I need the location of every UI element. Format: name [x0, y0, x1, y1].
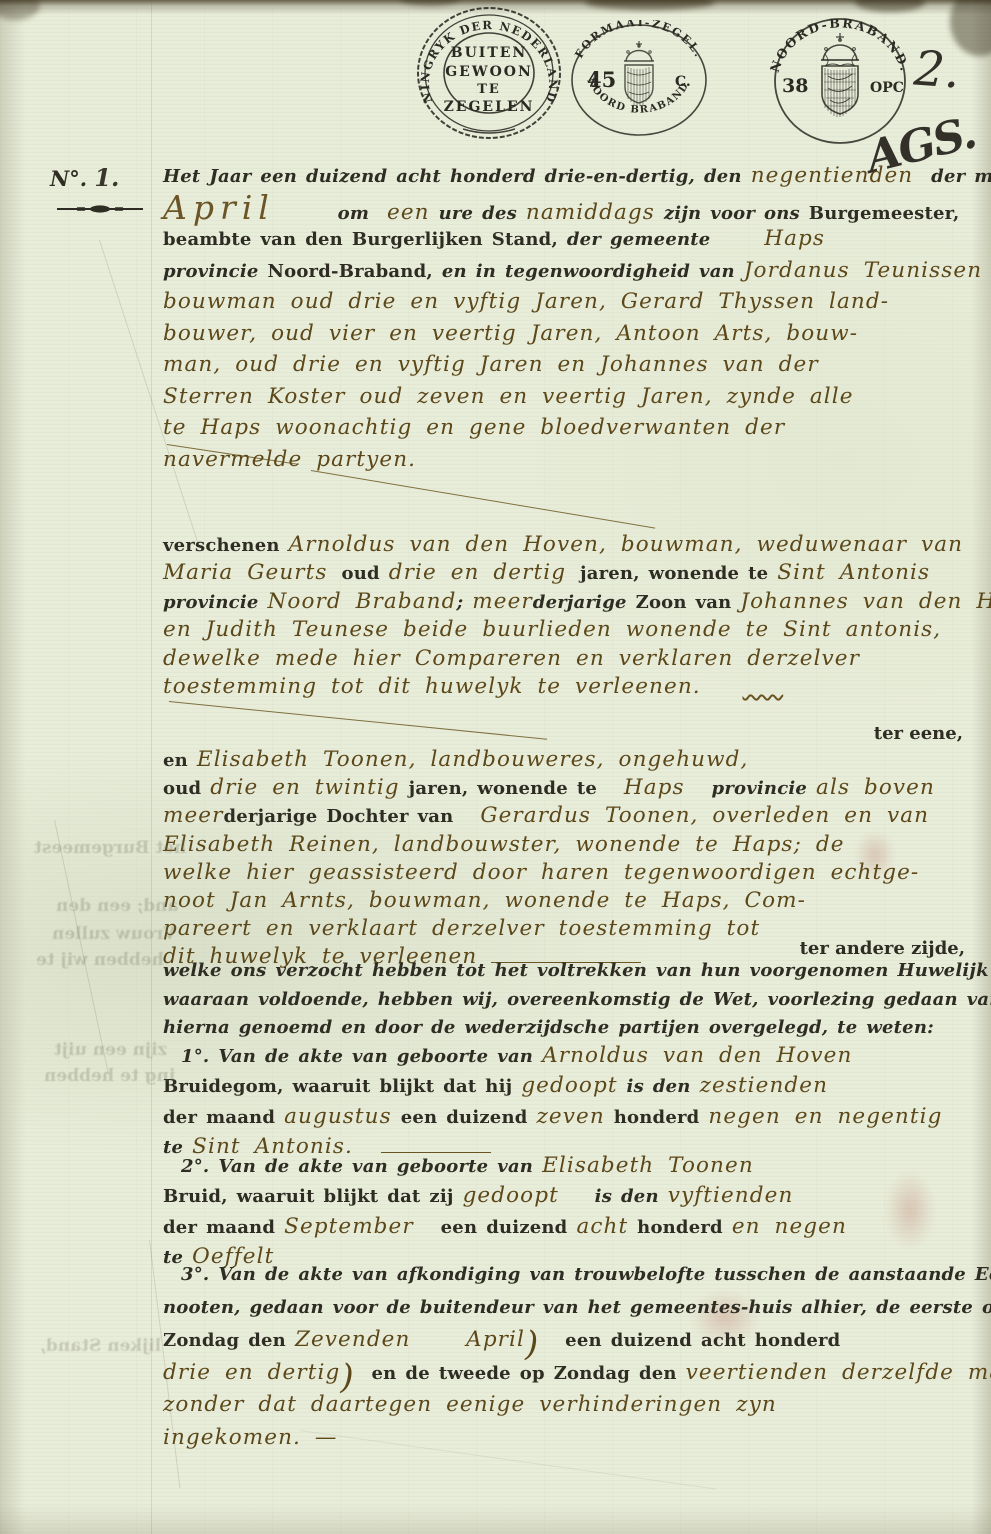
exhibit-1-groom-birth-act: 1°. Van de akte van geboorte van Arnoldu…: [163, 1041, 978, 1162]
bleedthrough-text: and; een den: [56, 896, 178, 916]
handwritten-text: acht: [576, 1214, 628, 1239]
handwritten-text: en negen: [732, 1214, 847, 1239]
handwritten-text: Noord Braband: [267, 589, 456, 614]
stain: [585, 0, 715, 10]
printed-text: zijn voor ons: [655, 203, 809, 224]
stain: [0, 0, 40, 20]
document-line: oud drie en twintig jaren, wonende te Ha…: [163, 774, 978, 802]
document-line: welke hier geassisteerd door haren tegen…: [163, 859, 978, 887]
handwritten-text: te Haps woonachtig en gene bloedverwante…: [163, 415, 785, 440]
printed-text: Het Jaar een duizend acht honderd drie-e…: [163, 166, 751, 187]
printed-text: oud: [341, 563, 388, 584]
handwritten-text: Johannes van den Hoven: [740, 589, 991, 614]
handwritten-text: als boven: [816, 775, 935, 800]
document-line: man, oud drie en vyftig Jaren en Johanne…: [163, 349, 978, 381]
handwritten-text: zeven: [537, 1104, 605, 1129]
document-line: Maria Geurts oud drie en dertig jaren, w…: [163, 559, 978, 587]
document-line: te Haps woonachtig en gene bloedverwante…: [163, 412, 978, 444]
document-line: ingekomen. —: [163, 1422, 978, 1455]
handwritten-text: Jordanus Teunissen: [744, 258, 982, 283]
printed-text: 3°. Van de akte van afkondiging van trou…: [181, 1264, 991, 1285]
printed-text: verschenen: [163, 535, 289, 556]
printed-text: jaren, wonende te: [580, 563, 777, 584]
act-number-prefix: N°.: [50, 166, 87, 191]
handwritten-text: Arnoldus van den Hoven, bouwman, weduwen…: [289, 532, 964, 557]
handwritten-text: meer: [472, 589, 533, 614]
printed-text: der maand: [163, 1217, 284, 1238]
printed-text: provincie: [163, 592, 267, 613]
margin-divider-ornament: [55, 200, 145, 219]
ter-andere-zijde-label: ter andere zijde,: [800, 938, 965, 959]
bleedthrough-text: zijn een uijt: [54, 1040, 167, 1060]
handwritten-text: Elisabeth Toonen: [542, 1153, 754, 1178]
handwritten-text: Sterren Koster oud zeven en veertig Jare…: [163, 384, 854, 409]
stamp-value: 45: [587, 67, 616, 92]
printed-text: is den: [618, 1076, 700, 1097]
document-line: drie en dertig) en de tweede op Zondag d…: [163, 1357, 978, 1390]
printed-text: is den: [559, 1186, 668, 1207]
handwritten-text: en Judith Teunese beide buurlieden wonen…: [163, 617, 941, 642]
handwritten-text: Maria Geurts: [163, 560, 341, 585]
stamp-formaat-zegel-45c: FORMAAT-ZEGEL. NOORD BRABAND. 45 C.: [567, 20, 711, 140]
printed-text: honderd: [628, 1217, 732, 1238]
printed-text: een duizend: [414, 1217, 577, 1238]
exhibit-3-banns: 3°. Van de akte van afkondiging van trou…: [163, 1259, 978, 1454]
handwritten-text: dewelke mede hier Compareren en verklare…: [163, 646, 860, 671]
printed-text: Zoon van: [636, 592, 741, 613]
printed-text: Bruid, waaruit blijkt dat zij: [163, 1186, 463, 1207]
document-line: meerderjarige Dochter van Gerardus Toone…: [163, 802, 978, 830]
printed-text: der gemeente: [567, 229, 764, 250]
stain: [855, 0, 925, 12]
handwritten-text: welke hier geassisteerd door haren tegen…: [163, 860, 919, 885]
handwritten-text: namiddags: [526, 200, 655, 225]
document-line: April om een ure des namiddags zijn voor…: [163, 192, 978, 224]
act-number-value: 1.: [94, 163, 119, 192]
printed-text: om: [275, 203, 387, 224]
stamp-value-unit: C.: [675, 74, 691, 90]
printed-text: honderd: [605, 1107, 709, 1128]
printed-text: welke ons verzocht hebben tot het voltre…: [163, 960, 991, 981]
handwritten-text: een: [387, 200, 430, 225]
handwritten-text: toestemming tot dit huwelyk te verleenen…: [163, 674, 743, 699]
printed-text: jaren, wonende te: [400, 778, 624, 799]
handwritten-text: navermelde partyen.: [163, 447, 416, 472]
document-line: der maand September een duizend acht hon…: [163, 1212, 978, 1242]
coat-of-arms-icon: [821, 33, 859, 117]
handwritten-text: Haps: [624, 775, 685, 800]
printed-text: 2°. Van de akte van geboorte van: [181, 1156, 542, 1177]
printed-text: en: [163, 750, 197, 771]
handwritten-text: meer: [163, 803, 224, 828]
document-line: der maand augustus een duizend zeven hon…: [163, 1102, 978, 1132]
printed-text: provincie: [685, 778, 816, 799]
printed-text: en in tegenwoordigheid van: [442, 261, 744, 282]
printed-text: beambte van den Burgerlijken Stand,: [163, 229, 567, 250]
document-line: zonder dat daartegen eenige verhindering…: [163, 1389, 978, 1422]
document-line: bouwer, oud vier en veertig Jaren, Antoo…: [163, 318, 978, 350]
handwritten-text: zestienden: [700, 1073, 829, 1098]
printed-text: Burgemeester,: [809, 203, 960, 224]
stamp-center-line: BUITEN: [451, 45, 527, 61]
handwritten-text: Zevenden April: [295, 1327, 525, 1352]
handwritten-text: veertienden derzelfde maand: [686, 1360, 991, 1385]
handwritten-text: September: [284, 1214, 414, 1239]
handwritten-text: bouwman oud drie en vyftig Jaren, Gerard…: [163, 289, 889, 314]
handwritten-text: bouwer, oud vier en veertig Jaren, Antoo…: [163, 321, 858, 346]
paper-crease: [54, 820, 109, 1075]
printed-text: hierna genoemd en door de wederzijdsche …: [163, 1017, 934, 1038]
request-paragraph: welke ons verzocht hebben tot het voltre…: [163, 957, 978, 1043]
handwritten-text: gedoopt: [463, 1183, 559, 1208]
document-line: noot Jan Arnts, bouwman, wonende te Haps…: [163, 887, 978, 915]
coat-of-arms-icon: [624, 41, 654, 106]
printed-text: der maand: [163, 1107, 284, 1128]
act-number-label: N°. 1.: [50, 163, 119, 192]
page-corner-number: 2.: [912, 40, 962, 99]
handwritten-text: zonder dat daartegen eenige verhindering…: [163, 1392, 777, 1417]
stamp-value-unit: OPC: [870, 80, 904, 96]
printed-text: provincie: [163, 261, 267, 282]
printed-text: waaraan voldoende, hebben wij, overeenko…: [163, 989, 991, 1010]
handwritten-text: drie en dertig: [163, 1360, 340, 1385]
handwritten-text: noot Jan Arnts, bouwman, wonende te Haps…: [163, 888, 806, 913]
document-line: en Elisabeth Toonen, landbouweres, ongeh…: [163, 746, 978, 774]
bleedthrough-text: lijken Stand,: [40, 1336, 161, 1356]
document-line: 2°. Van de akte van geboorte van Elisabe…: [163, 1151, 978, 1181]
document-line: Elisabeth Reinen, landbouwster, wonende …: [163, 831, 978, 859]
printed-text: derjarige Dochter van: [224, 806, 481, 827]
groom-paragraph: verschenen Arnoldus van den Hoven, bouwm…: [163, 531, 978, 701]
handwritten-text: negentienden: [751, 163, 914, 188]
document-line: Zondag den Zevenden April) een duizend a…: [163, 1324, 978, 1357]
handwritten-text: drie en dertig: [389, 560, 580, 585]
bleedthrough-text: ing te hebben: [44, 1066, 175, 1086]
document-line: bouwman oud drie en vyftig Jaren, Gerard…: [163, 286, 978, 318]
margin-crease-line: [151, 0, 152, 1534]
document-line: provincie Noord-Braband, en in tegenwoor…: [163, 255, 978, 287]
handwritten-text: Arnoldus van den Hoven: [542, 1043, 852, 1068]
handwritten-text: negen en negentig: [708, 1104, 942, 1129]
document-line: beambte van den Burgerlijken Stand, der …: [163, 223, 978, 255]
handwritten-text: man, oud drie en vyftig Jaren en Johanne…: [163, 352, 819, 377]
document-line: navermelde partyen.: [163, 444, 978, 476]
stamp-value: 38: [782, 75, 808, 97]
flourish-squiggle: [743, 674, 784, 702]
document-line: en Judith Teunese beide buurlieden wonen…: [163, 616, 978, 644]
printed-text: een duizend: [392, 1107, 537, 1128]
filler-stroke: [169, 701, 547, 740]
bleedthrough-text: het Burgemeest: [34, 838, 186, 858]
handwritten-month: April: [163, 188, 275, 227]
printed-text: Noord-Braband,: [267, 261, 441, 282]
document-line: waaraan voldoende, hebben wij, overeenko…: [163, 986, 978, 1015]
printed-text: nooten, gedaan voor de buitendeur van he…: [163, 1297, 991, 1318]
document-line: 1°. Van de akte van geboorte van Arnoldu…: [163, 1041, 978, 1071]
bleedthrough-text: Vrouw zullen: [52, 924, 177, 944]
document-line: Bruidegom, waaruit blijkt dat hij gedoop…: [163, 1071, 978, 1101]
exhibit-2-bride-birth-act: 2°. Van de akte van geboorte van Elisabe…: [163, 1151, 978, 1272]
document-line: dewelke mede hier Compareren en verklare…: [163, 645, 978, 673]
document-line: Het Jaar een duizend acht honderd drie-e…: [163, 160, 978, 192]
filler-stroke: [311, 470, 655, 529]
document-line: toestemming tot dit huwelyk te verleenen…: [163, 673, 978, 701]
handwritten-text: Gerardus Toonen, overleden en van: [480, 803, 929, 828]
handwritten-text: Elisabeth Toonen, landbouweres, ongehuwd…: [197, 747, 749, 772]
act-header-and-witnesses: Het Jaar een duizend acht honderd drie-e…: [163, 160, 978, 475]
stamp-center-line: GEWOON: [445, 64, 533, 80]
handwritten-text: vyftienden: [668, 1183, 794, 1208]
printed-text: der maand: [913, 166, 991, 187]
handwritten-text: ingekomen. —: [163, 1425, 338, 1450]
printed-text: oud: [163, 778, 210, 799]
document-line: welke ons verzocht hebben tot het voltre…: [163, 957, 978, 986]
printed-text: ure des: [430, 203, 526, 224]
handwritten-text: Haps: [764, 226, 825, 251]
printed-text: derjarige: [533, 592, 636, 613]
stamp-buitengewoon-te-zegelen: KONINGRYK DER NEDERLANDEN BUITEN GEWOON …: [413, 4, 565, 142]
document-line: Bruid, waaruit blijkt dat zij gedoopt is…: [163, 1181, 978, 1211]
handwritten-text: pareert en verklaart derzelver toestemmi…: [163, 916, 760, 941]
printed-text: Zondag den: [163, 1330, 295, 1351]
document-page: KONINGRYK DER NEDERLANDEN BUITEN GEWOON …: [0, 0, 991, 1534]
printed-text: Bruidegom, waaruit blijkt dat hij: [163, 1076, 521, 1097]
document-line: 3°. Van de akte van afkondiging van trou…: [163, 1259, 978, 1292]
handwritten-text: Sint Antonis: [777, 560, 930, 585]
document-line: nooten, gedaan voor de buitendeur van he…: [163, 1292, 978, 1325]
printed-text: ;: [456, 592, 472, 613]
printed-text: 1°. Van de akte van geboorte van: [181, 1046, 542, 1067]
handwritten-text: augustus: [284, 1104, 392, 1129]
handwritten-text: drie en twintig: [210, 775, 399, 800]
document-line: Sterren Koster oud zeven en veertig Jare…: [163, 381, 978, 413]
stamp-center-line: TE: [477, 82, 501, 97]
bleedthrough-text: hebben wij te: [36, 950, 164, 970]
handwritten-text: Elisabeth Reinen, landbouwster, wonende …: [163, 832, 845, 857]
printed-text: en de tweede op Zondag den: [354, 1363, 686, 1384]
printed-text: een duizend acht honderd: [538, 1330, 840, 1351]
document-line: hierna genoemd en door de wederzijdsche …: [163, 1014, 978, 1043]
document-line: verschenen Arnoldus van den Hoven, bouwm…: [163, 531, 978, 559]
stamp-center-line: ZEGELEN: [444, 99, 535, 115]
document-line: provincie Noord Braband; meerderjarige Z…: [163, 588, 978, 616]
ter-eene-label: ter eene,: [874, 723, 963, 744]
handwritten-text: gedoopt: [521, 1073, 617, 1098]
